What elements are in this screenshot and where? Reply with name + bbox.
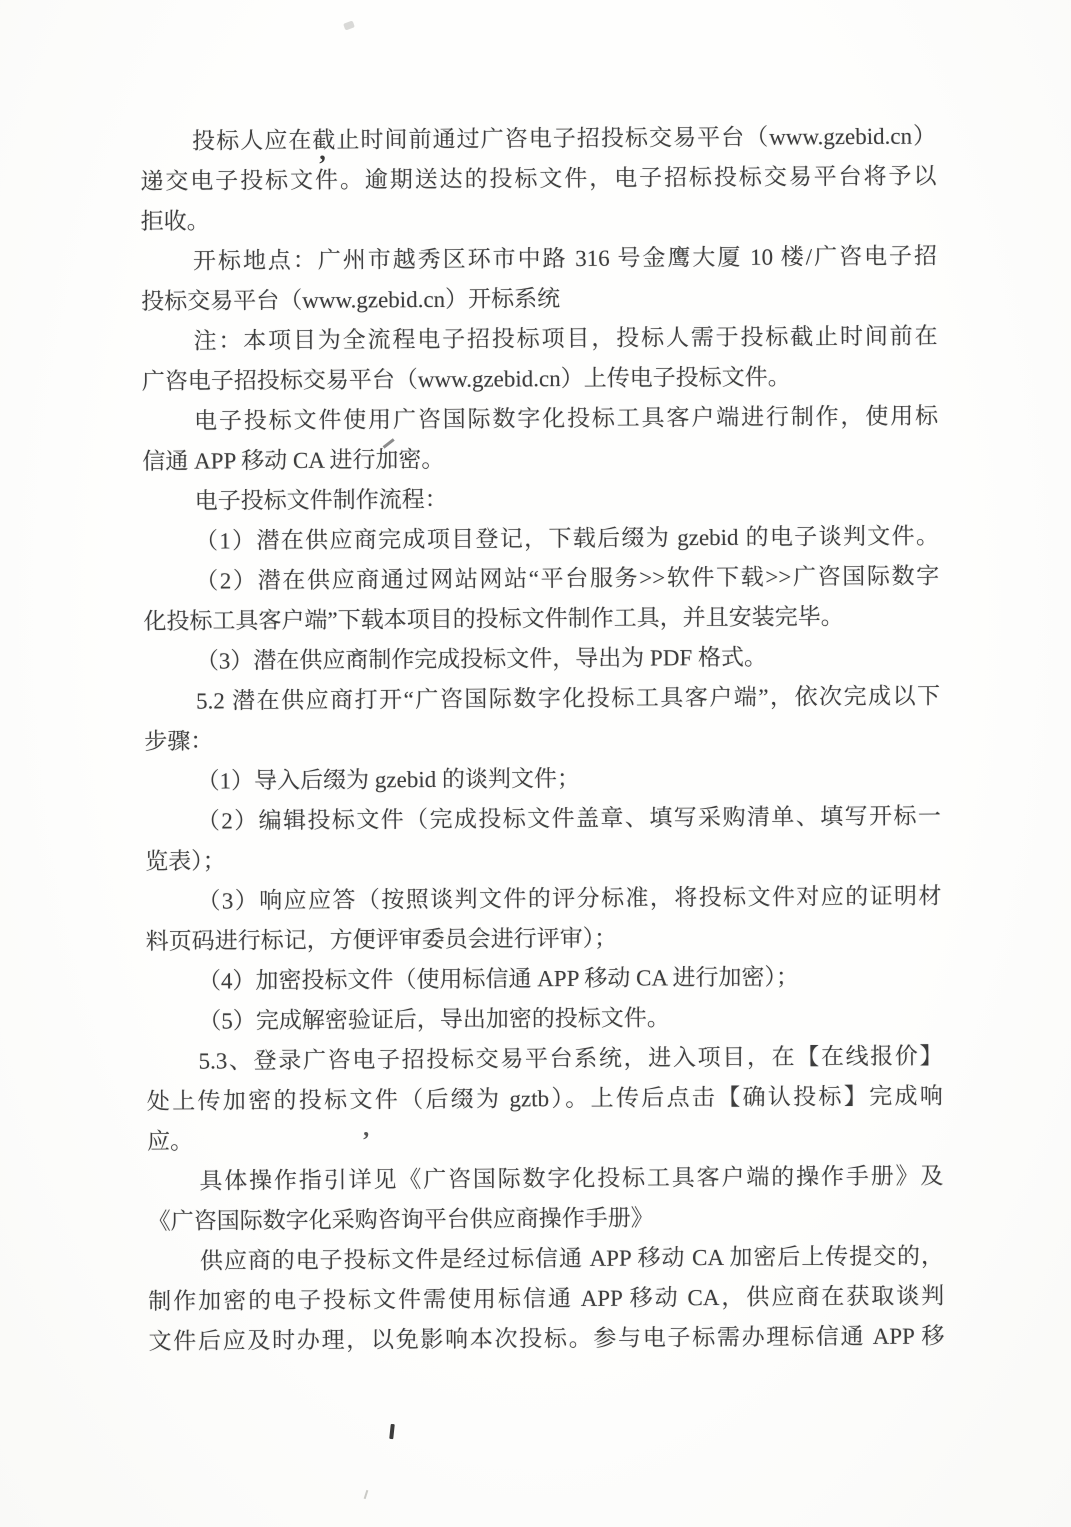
scan-artifact-apostrophe: ’ bbox=[318, 150, 327, 180]
text-line: 广咨电子招投标交易平台（www.gzebid.cn）上传电子投标文件。 bbox=[142, 356, 938, 402]
scan-artifact-tick bbox=[364, 1490, 369, 1499]
document-text-block: 投标人应在截止时间前通过广咨电子招投标交易平台（www.gzebid.cn） 递… bbox=[140, 116, 945, 1362]
text-line: 览表）； bbox=[145, 836, 941, 882]
text-line: （5）完成解密验证后，导出加密的投标文件。 bbox=[146, 996, 942, 1042]
text-line: （2）编辑投标文件（完成投标文件盖章、填写采购清单、填写开标一 bbox=[145, 796, 941, 842]
document-page: 投标人应在截止时间前通过广咨电子招投标交易平台（www.gzebid.cn） 递… bbox=[0, 0, 1071, 1527]
text-line: 供应商的电子投标文件是经过标信通 APP 移动 CA 加密后上传提交的， bbox=[148, 1236, 944, 1282]
text-line: （1）导入后缀为 gzebid 的谈判文件； bbox=[144, 756, 940, 802]
text-line: 开标地点：广州市越秀区环市中路 316 号金鹰大厦 10 楼/广咨电子招 bbox=[141, 236, 937, 282]
text-line: （1）潜在供应商完成项目登记，下载后缀为 gzebid 的电子谈判文件。 bbox=[143, 516, 939, 562]
scan-artifact-smudge bbox=[343, 21, 355, 31]
text-line: 信通 APP 移动 CA 进行加密。 bbox=[142, 436, 938, 482]
text-line: （3）潜在供应商制作完成投标文件，导出为 PDF 格式。 bbox=[144, 636, 940, 682]
scan-artifact-tick bbox=[389, 1424, 394, 1439]
text-line: 5.3、登录广咨电子招投标交易平台系统，进入项目，在【在线报价】 bbox=[146, 1036, 942, 1082]
text-line: 应。 bbox=[147, 1116, 943, 1162]
text-line: 处上传加密的投标文件（后缀为 gztb）。上传后点击【确认投标】完成响 bbox=[147, 1076, 943, 1122]
text-line: 具体操作指引详见《广咨国际数字化投标工具客户端的操作手册》及 bbox=[147, 1156, 943, 1202]
text-line: （2）潜在供应商通过网站网站“平台服务>>软件下载>>广咨国际数字 bbox=[143, 556, 939, 602]
text-line: 电子投标文件制作流程： bbox=[143, 476, 939, 522]
text-line: 递交电子投标文件。逾期送达的投标文件，电子招标投标交易平台将予以 bbox=[140, 156, 936, 202]
text-line: （3）响应应答（按照谈判文件的评分标准，将投标文件对应的证明材 bbox=[145, 876, 941, 922]
text-line: 5.2 潜在供应商打开“广咨国际数字化投标工具客户端”，依次完成以下 bbox=[144, 676, 940, 722]
scan-artifact-apostrophe: ’ bbox=[362, 1128, 370, 1155]
text-line: 步骤： bbox=[144, 716, 940, 762]
text-line: 制作加密的电子投标文件需使用标信通 APP 移动 CA，供应商在获取谈判 bbox=[148, 1276, 944, 1322]
text-line: 拒收。 bbox=[141, 196, 937, 242]
text-line: 文件后应及时办理，以免影响本次投标。参与电子标需办理标信通 APP 移 bbox=[148, 1316, 944, 1362]
text-line: 化投标工具客户端”下载本项目的投标文件制作工具，并且安装完毕。 bbox=[143, 596, 939, 642]
text-line: （4）加密投标文件（使用标信通 APP 移动 CA 进行加密）； bbox=[146, 956, 942, 1002]
text-line: 电子投标文件使用广咨国际数字化投标工具客户端进行制作，使用标 bbox=[142, 396, 938, 442]
text-line: 投标人应在截止时间前通过广咨电子招投标交易平台（www.gzebid.cn） bbox=[140, 116, 936, 162]
text-line: 《广咨国际数字化采购咨询平台供应商操作手册》 bbox=[148, 1196, 944, 1242]
text-line: 料页码进行标记，方便评审委员会进行评审）； bbox=[146, 916, 942, 962]
text-line: 投标交易平台（www.gzebid.cn）开标系统 bbox=[141, 276, 937, 322]
text-line: 注：本项目为全流程电子招投标项目，投标人需于投标截止时间前在 bbox=[141, 316, 937, 362]
